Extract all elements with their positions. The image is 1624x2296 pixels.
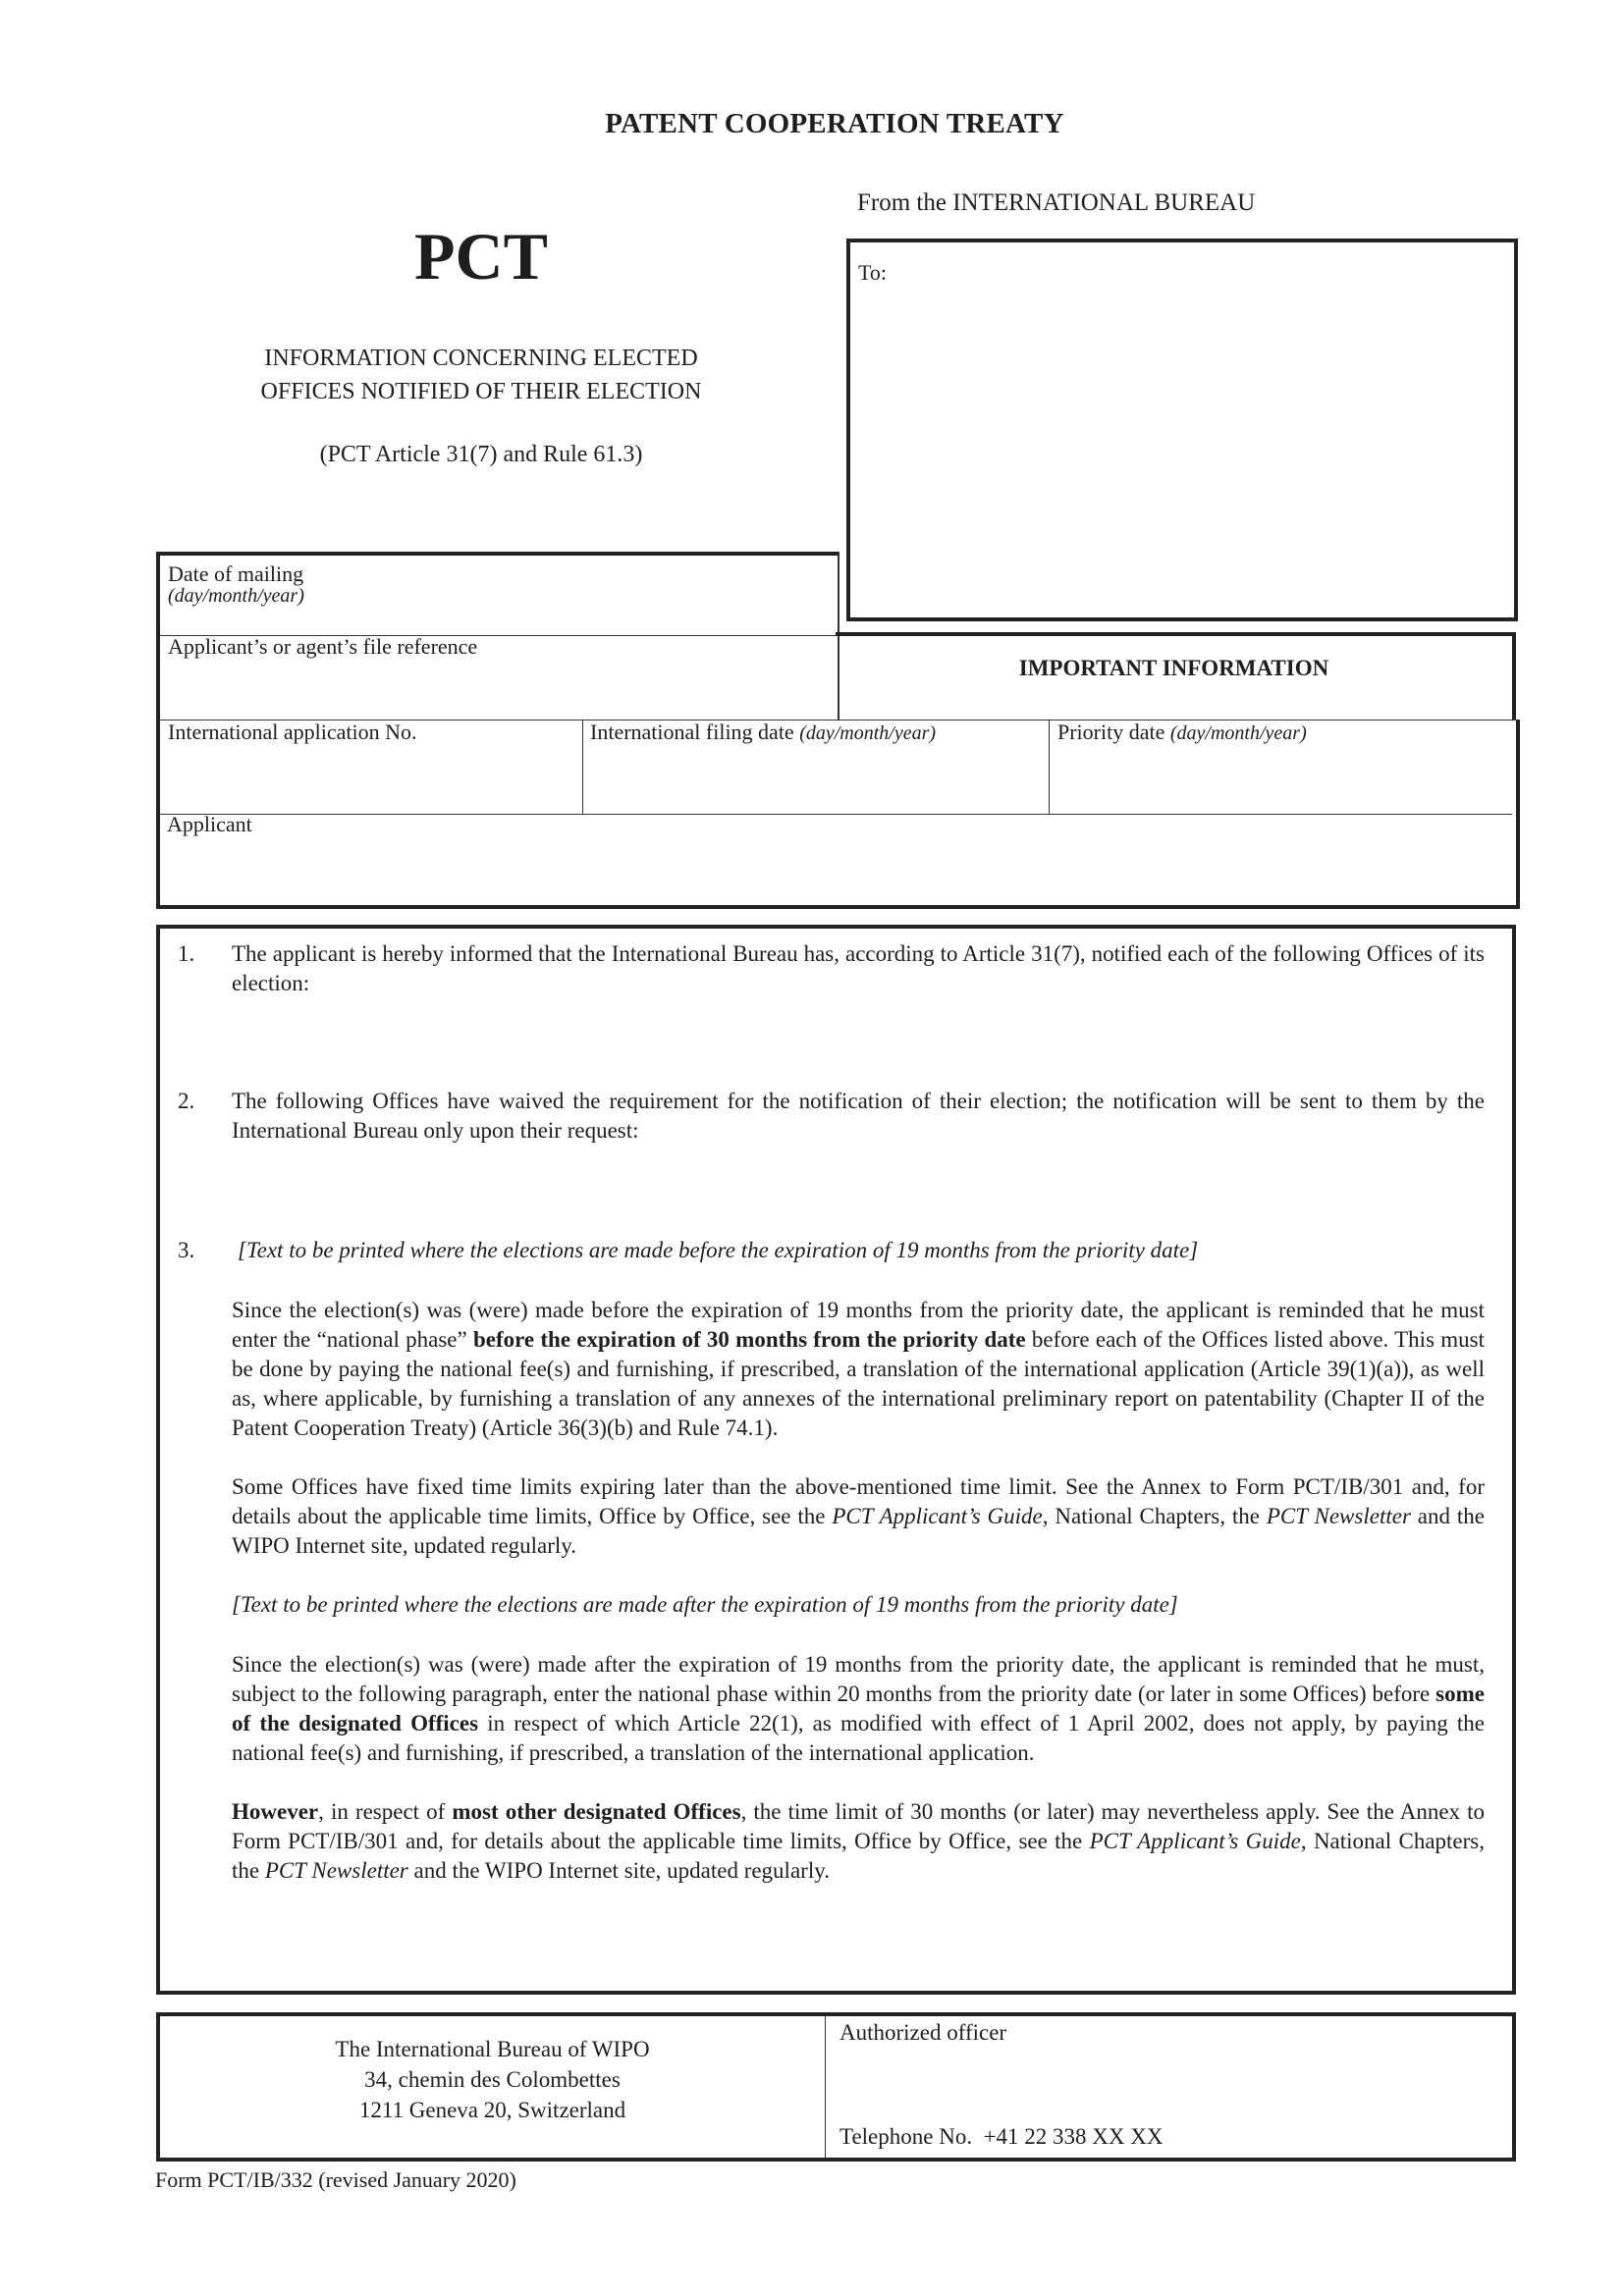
file-reference-field[interactable]: Applicant’s or agent’s file reference <box>168 634 477 660</box>
international-filing-date-label: International filing date <box>590 720 799 744</box>
item-3-paragraph-1: Since the election(s) was (were) made be… <box>232 1296 1485 1443</box>
applicant-label: Applicant <box>167 812 252 836</box>
important-information-heading: IMPORTANT INFORMATION <box>836 656 1512 681</box>
date-of-mailing-hint: (day/month/year) <box>168 585 304 607</box>
column-divider <box>1049 721 1050 815</box>
item-3-note-before: [Text to be printed where the elections … <box>238 1236 1490 1265</box>
file-reference-label: Applicant’s or agent’s file reference <box>168 634 477 659</box>
item-1-number: 1. <box>178 939 194 969</box>
international-application-no-field[interactable]: International application No. <box>168 720 417 745</box>
item-1-text: The applicant is hereby informed that th… <box>232 939 1485 998</box>
from-label: From the INTERNATIONAL BUREAU <box>857 189 1255 217</box>
recipient-address-box[interactable]: To: <box>846 239 1518 621</box>
bureau-address-line3: 1211 Geneva 20, Switzerland <box>160 2095 825 2125</box>
item-2-text: The following Offices have waived the re… <box>232 1087 1485 1146</box>
telephone-label: Telephone No. <box>839 2124 972 2149</box>
item-3-note-after: [Text to be printed where the elections … <box>232 1590 1485 1620</box>
priority-date-field[interactable]: Priority date (day/month/year) <box>1057 720 1307 745</box>
telephone-value: +41 22 338 XX XX <box>984 2124 1164 2149</box>
authorized-officer-field[interactable]: Authorized officer <box>839 2020 1006 2046</box>
item-3-paragraph-3: Since the election(s) was (were) made af… <box>232 1650 1485 1768</box>
row-divider <box>160 814 1512 815</box>
bureau-address-line2: 34, chemin des Colombettes <box>160 2064 825 2095</box>
form-title-line1: INFORMATION CONCERNING ELECTED <box>157 342 805 375</box>
authorized-officer-label: Authorized officer <box>839 2020 1006 2045</box>
item-3-paragraph-4: However, in respect of most other design… <box>232 1797 1485 1886</box>
bureau-address-line1: The International Bureau of WIPO <box>160 2034 825 2064</box>
date-of-mailing-label: Date of mailing <box>168 563 304 585</box>
item-3-number: 3. <box>178 1236 194 1265</box>
priority-date-label: Priority date <box>1057 720 1170 744</box>
telephone-line: Telephone No. +41 22 338 XX XX <box>839 2124 1164 2150</box>
pct-logo: PCT <box>0 218 962 295</box>
form-title: INFORMATION CONCERNING ELECTED OFFICES N… <box>157 342 805 408</box>
form-title-line2: OFFICES NOTIFIED OF THEIR ELECTION <box>157 375 805 408</box>
column-divider <box>582 721 583 815</box>
footer-divider <box>825 2016 826 2158</box>
legal-reference: (PCT Article 31(7) and Rule 61.3) <box>157 442 805 468</box>
priority-date-hint: (day/month/year) <box>1170 722 1307 744</box>
date-of-mailing-field[interactable]: Date of mailing (day/month/year) <box>168 563 304 607</box>
bureau-address: The International Bureau of WIPO 34, che… <box>160 2034 825 2125</box>
international-filing-date-field[interactable]: International filing date (day/month/yea… <box>590 720 936 745</box>
treaty-title: PATENT COOPERATION TREATY <box>0 108 1624 140</box>
to-label: To: <box>858 260 887 286</box>
applicant-field[interactable]: Applicant <box>167 812 252 837</box>
international-application-no-label: International application No. <box>168 720 417 744</box>
international-filing-date-hint: (day/month/year) <box>799 722 936 744</box>
item-3-paragraph-2: Some Offices have fixed time limits expi… <box>232 1472 1485 1561</box>
item-2-number: 2. <box>178 1087 194 1116</box>
form-identifier: Form PCT/IB/332 (revised January 2020) <box>155 2167 516 2193</box>
